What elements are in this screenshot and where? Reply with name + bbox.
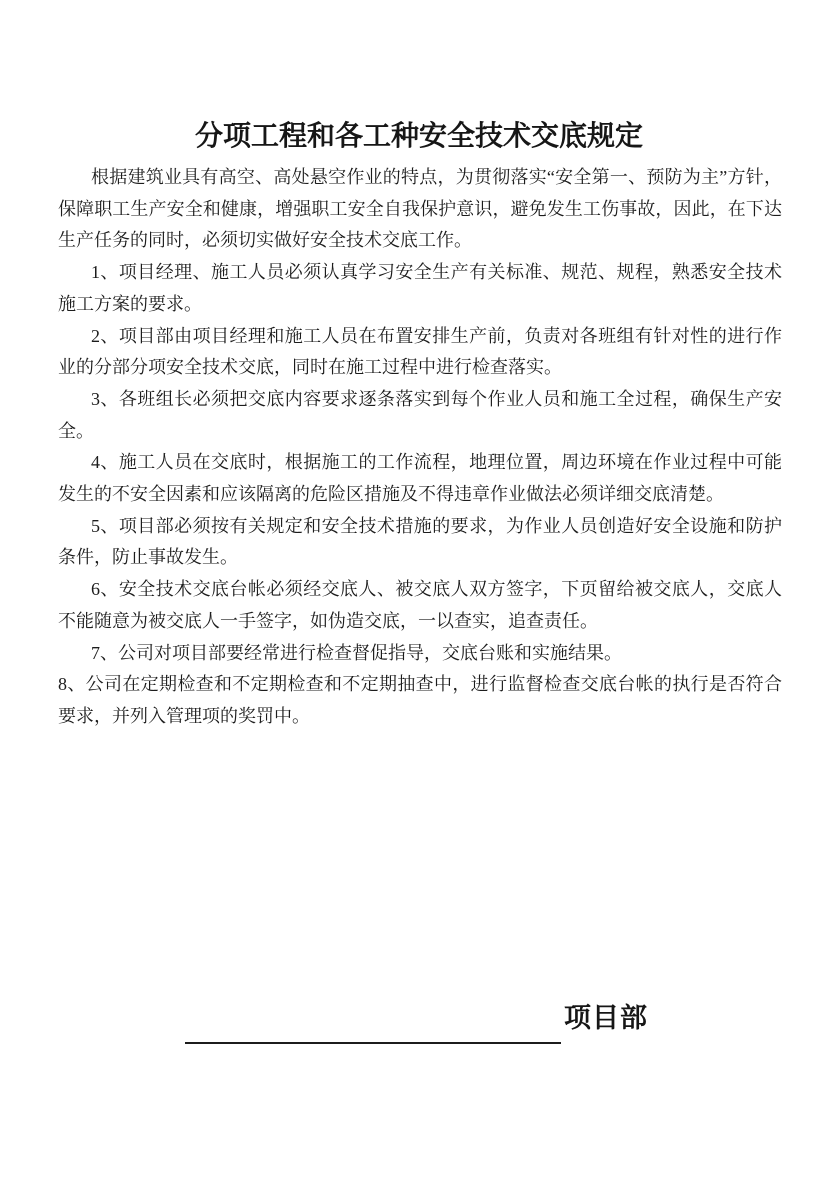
rule-item-8: 8、公司在定期检查和不定期检查和不定期抽查中，进行监督检查交底台帐的执行是否符合… bbox=[58, 669, 782, 732]
rule-item-1: 1、项目经理、施工人员必须认真学习安全生产有关标准、规范、规程，熟悉安全技术施工… bbox=[58, 257, 782, 320]
signature-line bbox=[185, 1042, 561, 1044]
rule-item-3: 3、各班组长必须把交底内容要求逐条落实到每个作业人员和施工全过程，确保生产安全。 bbox=[58, 384, 782, 447]
intro-paragraph: 根据建筑业具有高空、高处悬空作业的特点，为贯彻落实“安全第一、预防为主”方针，保… bbox=[58, 162, 782, 257]
document-body: 根据建筑业具有高空、高处悬空作业的特点，为贯彻落实“安全第一、预防为主”方针，保… bbox=[0, 155, 838, 733]
rule-item-7: 7、公司对项目部要经常进行检查督促指导，交底台账和实施结果。 bbox=[58, 638, 782, 670]
rule-item-4: 4、施工人员在交底时，根据施工的工作流程，地理位置，周边环境在作业过程中可能发生… bbox=[58, 447, 782, 510]
signature-label: 项目部 bbox=[564, 1003, 648, 1034]
rule-item-5: 5、项目部必须按有关规定和安全技术措施的要求，为作业人员创造好安全设施和防护条件… bbox=[58, 511, 782, 574]
rule-item-2: 2、项目部由项目经理和施工人员在布置安排生产前，负责对各班组有针对性的进行作业的… bbox=[58, 321, 782, 384]
document-title: 分项工程和各工种安全技术交底规定 bbox=[0, 0, 838, 155]
document-page: 分项工程和各工种安全技术交底规定 根据建筑业具有高空、高处悬空作业的特点，为贯彻… bbox=[0, 0, 838, 1186]
rule-item-6: 6、安全技术交底台帐必须经交底人、被交底人双方签字，下页留给被交底人，交底人不能… bbox=[58, 574, 782, 637]
